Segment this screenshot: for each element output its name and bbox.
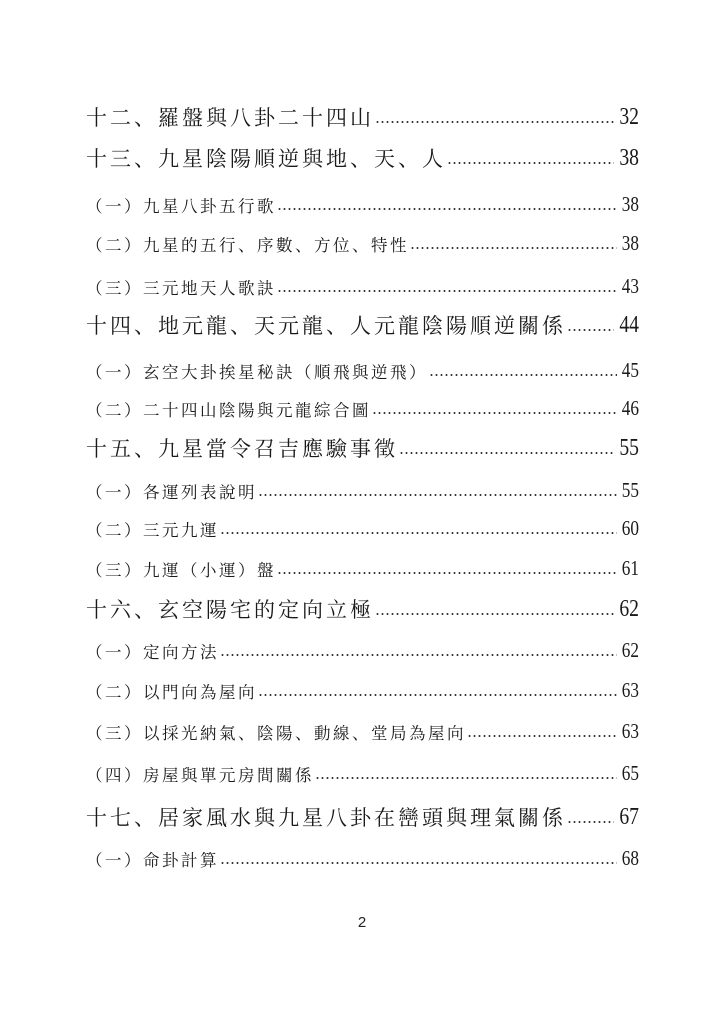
toc-entry-section[interactable]: （二）以門向為屋向 63 [86, 675, 639, 701]
toc-entry-page: 44 [619, 313, 639, 337]
toc-entry-page: 62 [622, 640, 639, 661]
dot-leader [375, 108, 614, 129]
dot-leader [410, 238, 617, 255]
dot-leader [220, 853, 617, 870]
dot-leader [258, 485, 617, 502]
dot-leader [258, 685, 617, 702]
toc-entry-section[interactable]: （四）房屋與單元房間關係 65 [86, 758, 639, 784]
toc-entry-page: 45 [622, 360, 639, 381]
dot-leader [277, 563, 617, 580]
toc-entry-page: 38 [622, 233, 639, 254]
toc-entry-title: 十二、羅盤與八卦二十四山 [86, 108, 374, 129]
toc-entry-title: （三）九運（小運）盤 [86, 563, 276, 580]
toc-entry-section[interactable]: （二）二十四山陰陽與元龍綜合圖 46 [86, 393, 639, 419]
toc-entry-page: 65 [622, 763, 639, 784]
toc-entry-page: 46 [622, 398, 639, 419]
dot-leader [277, 281, 617, 298]
dot-leader [220, 645, 617, 662]
toc-entry-page: 61 [622, 558, 639, 579]
toc-entry-title: （一）命卦計算 [86, 853, 219, 870]
toc-entry-page: 63 [622, 680, 639, 701]
toc-entry-page: 67 [619, 805, 639, 829]
toc-entry-title: 十三、九星陰陽順逆與地、天、人 [86, 149, 446, 170]
toc-entry-page: 62 [619, 597, 639, 621]
toc-entry-section[interactable]: （三）九運（小運）盤 61 [86, 553, 639, 579]
dot-leader [372, 403, 617, 420]
toc-entry-section[interactable]: （二）九星的五行、序數、方位、特性 38 [86, 228, 639, 254]
toc-entry-page: 38 [622, 194, 639, 215]
toc-entry-title: （二）九星的五行、序數、方位、特性 [86, 238, 409, 255]
toc-entry-chapter-16[interactable]: 十六、玄空陽宅的定向立極 62 [86, 591, 639, 621]
toc-entry-title: （二）二十四山陰陽與元龍綜合圖 [86, 403, 371, 420]
dot-leader [567, 316, 614, 337]
toc-entry-title: （一）各運列表說明 [86, 485, 257, 502]
toc-entry-section[interactable]: （一）命卦計算 68 [86, 843, 639, 869]
page-number: 2 [0, 914, 724, 931]
toc-entry-section[interactable]: （一）各運列表說明 55 [86, 475, 639, 501]
toc-entry-section[interactable]: （一）九星八卦五行歌 38 [86, 189, 639, 215]
toc-entry-page: 55 [619, 436, 639, 460]
toc-entry-section[interactable]: （一）玄空大卦挨星秘訣（順飛與逆飛） 45 [86, 355, 639, 381]
toc-entry-title: 十四、地元龍、天元龍、人元龍陰陽順逆關係 [86, 316, 566, 337]
dot-leader [220, 523, 617, 540]
dot-leader [315, 768, 617, 785]
toc-entry-title: （三）以採光納氣、陰陽、動線、堂局為屋向 [86, 726, 466, 743]
toc-entry-title: 十七、居家風水與九星八卦在巒頭與理氣關係 [86, 808, 566, 829]
dot-leader [399, 439, 614, 460]
toc-entry-title: （三）三元地天人歌訣 [86, 281, 276, 298]
toc-entry-page: 43 [622, 276, 639, 297]
toc-entry-page: 60 [622, 518, 639, 539]
toc-entry-section[interactable]: （一）定向方法 62 [86, 635, 639, 661]
toc-entry-chapter-17[interactable]: 十七、居家風水與九星八卦在巒頭與理氣關係 67 [86, 799, 639, 829]
dot-leader [429, 365, 617, 382]
toc-entry-title: （二）以門向為屋向 [86, 685, 257, 702]
toc-entry-chapter-13[interactable]: 十三、九星陰陽順逆與地、天、人 38 [86, 140, 639, 170]
toc-entry-chapter-14[interactable]: 十四、地元龍、天元龍、人元龍陰陽順逆關係 44 [86, 307, 639, 337]
toc-entry-title: （一）玄空大卦挨星秘訣（順飛與逆飛） [86, 365, 428, 382]
toc-entry-chapter-15[interactable]: 十五、九星當令召吉應驗事徵 55 [86, 430, 639, 460]
toc-entry-page: 32 [619, 105, 639, 129]
toc-entry-title: 十六、玄空陽宅的定向立極 [86, 600, 374, 621]
toc-entry-page: 68 [622, 848, 639, 869]
toc-entry-section[interactable]: （二）三元九運 60 [86, 513, 639, 539]
toc-entry-chapter-12[interactable]: 十二、羅盤與八卦二十四山 32 [86, 99, 639, 129]
toc-entry-page: 55 [622, 480, 639, 501]
dot-leader [467, 726, 617, 743]
toc-entry-title: 十五、九星當令召吉應驗事徵 [86, 439, 398, 460]
toc-entry-title: （一）九星八卦五行歌 [86, 199, 276, 216]
dot-leader [375, 600, 614, 621]
toc-entry-title: （四）房屋與單元房間關係 [86, 768, 314, 785]
dot-leader [447, 149, 614, 170]
toc-entry-title: （一）定向方法 [86, 645, 219, 662]
toc-entry-title: （二）三元九運 [86, 523, 219, 540]
dot-leader [567, 808, 614, 829]
toc-entry-section[interactable]: （三）三元地天人歌訣 43 [86, 271, 639, 297]
toc-entry-page: 38 [619, 146, 639, 170]
toc-entry-section[interactable]: （三）以採光納氣、陰陽、動線、堂局為屋向 63 [86, 716, 639, 742]
toc-entry-page: 63 [622, 721, 639, 742]
dot-leader [277, 199, 617, 216]
